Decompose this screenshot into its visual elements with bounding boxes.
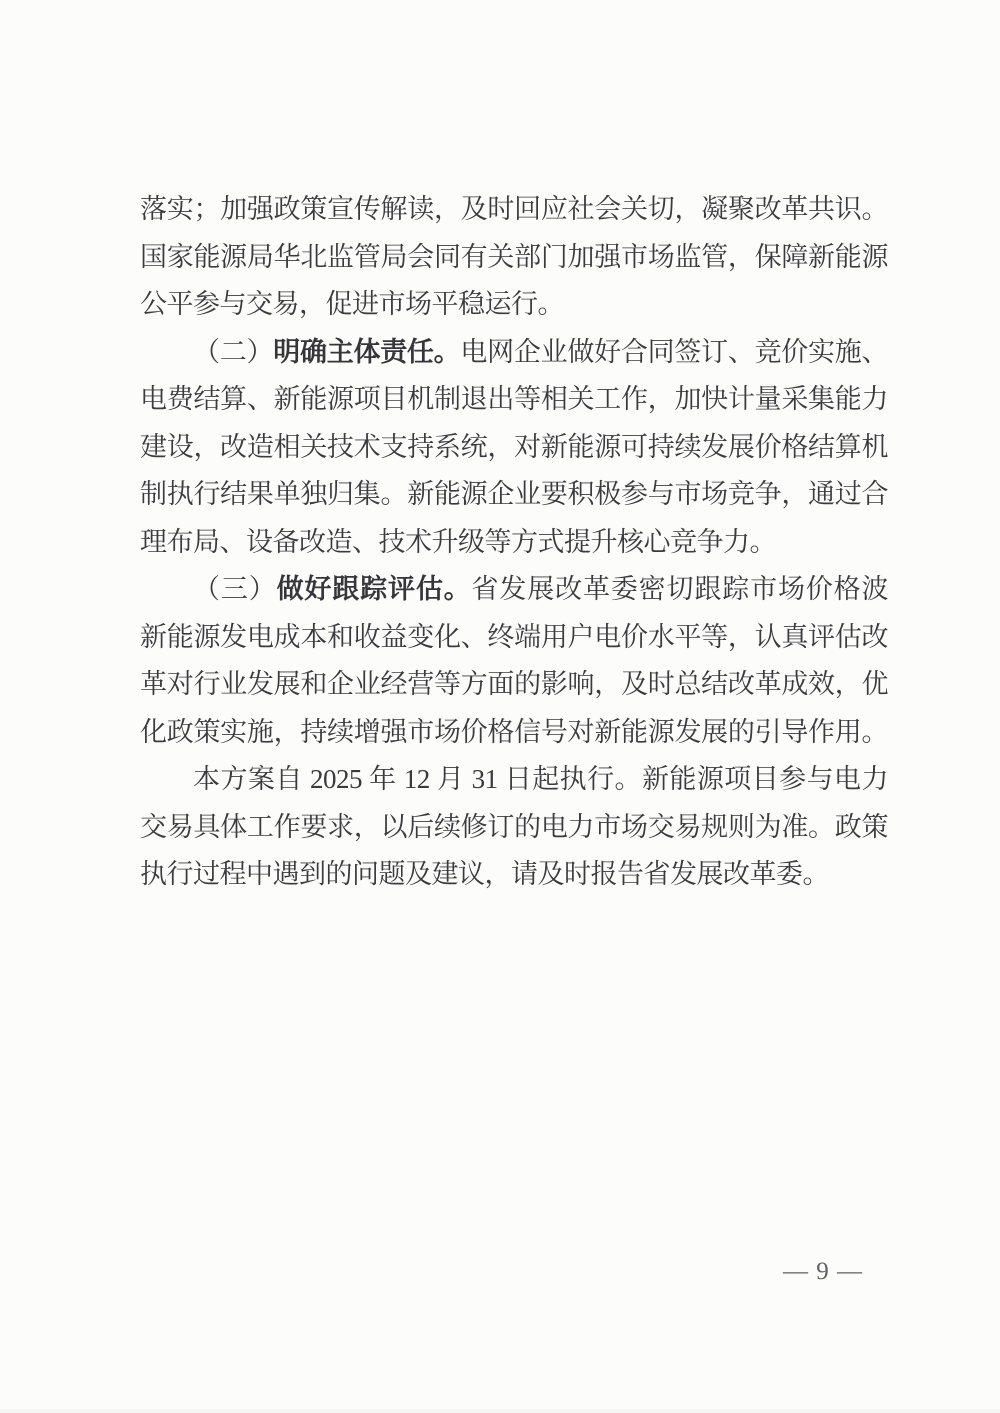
text-line-1: 落实；加强政策宣传解读，及时回应社会关切，凝聚改革共识。 [140,186,888,234]
section-3-number: （三） [193,574,277,604]
text-line-4-section-2: （二）明确主体责任。电网企业做好合同签订、竞价实施、 [140,329,888,377]
text-line-2: 国家能源局华北监管局会同有关部门加强市场监管，保障新能源 [140,234,888,282]
text-line-13-effective-date: 本方案自 2025 年 12 月 31 日起执行。新能源项目参与电力 [140,756,888,804]
section-2-body-start: 电网企业做好合同签订、竞价实施、 [460,337,888,367]
scanned-document-page: 落实；加强政策宣传解读，及时回应社会关切，凝聚改革共识。 国家能源局华北监管局会… [0,0,1000,1413]
text-line-3: 公平参与交易，促进市场平稳运行。 [140,281,888,329]
text-line-10: 新能源发电成本和收益变化、终端用户电价水平等，认真评估改 [140,614,888,662]
text-line-6: 建设，改造相关技术支持系统，对新能源可持续发展价格结算机 [140,424,888,472]
text-line-14: 交易具体工作要求，以后续修订的电力市场交易规则为准。政策 [140,804,888,852]
section-3-heading: 做好跟踪评估。 [277,574,472,604]
page-number: — 9 — [783,1254,863,1290]
text-line-5: 电费结算、新能源项目机制退出等相关工作，加快计量采集能力 [140,376,888,424]
section-2-heading: 明确主体责任。 [273,337,460,367]
text-line-7: 制执行结果单独归集。新能源企业要积极参与市场竞争，通过合 [140,471,888,519]
text-line-8: 理布局、设备改造、技术升级等方式提升核心竞争力。 [140,519,888,567]
text-line-9-section-3: （三）做好跟踪评估。省发展改革委密切跟踪市场价格波动、 [140,566,888,614]
scan-bottom-edge [0,1409,1000,1413]
section-2-number: （二） [193,337,273,367]
text-line-12: 化政策实施，持续增强市场价格信号对新能源发展的引导作用。 [140,709,888,757]
document-text-block: 落实；加强政策宣传解读，及时回应社会关切，凝聚改革共识。 国家能源局华北监管局会… [140,186,888,899]
text-line-15: 执行过程中遇到的问题及建议，请及时报告省发展改革委。 [140,851,888,899]
text-line-11: 革对行业发展和企业经营等方面的影响，及时总结改革成效，优 [140,661,888,709]
